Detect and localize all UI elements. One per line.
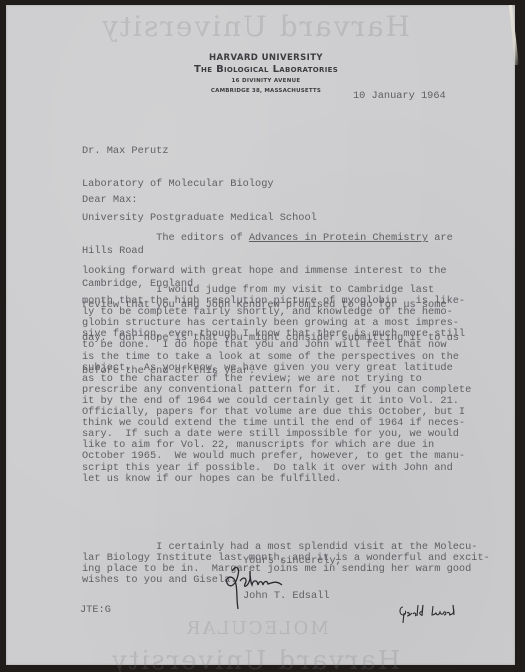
handwritten-signature: John: [222, 563, 288, 611]
journal-title: Advances in Protein Chemistry: [249, 232, 428, 244]
handwritten-note: Gerald Lucal: [397, 603, 465, 625]
typist-initials: JTE:G: [80, 605, 111, 616]
paragraph-line: looking forward with great hope and imme…: [82, 266, 459, 277]
address-line: Laboratory of Molecular Biology: [82, 179, 317, 190]
letterhead-department: The Biological Laboratories: [160, 64, 372, 76]
letterhead-city: CAMBRIDGE 38, MASSACHUSETTS: [160, 86, 372, 96]
address-line: Dr. Max Perutz: [82, 146, 317, 157]
paragraph-line: October 1965. We would much prefer, howe…: [82, 451, 471, 462]
bleed-through-text-bottom: MOLECULAR: [185, 618, 329, 639]
paragraph-2: I would judge from my visit to Cambridge…: [82, 285, 471, 485]
signer-name: John T. Edsall: [243, 591, 330, 602]
paragraph-line: let us know if our hopes can be fulfille…: [82, 474, 471, 485]
paragraph-line: script this year if possible. Do talk it…: [82, 463, 471, 474]
letterhead: HARVARD UNIVERSITY The Biological Labora…: [160, 52, 372, 96]
paragraph-line: The editors of Advances in Protein Chemi…: [82, 233, 459, 244]
paragraph-line: is the time to take a look at some of th…: [82, 352, 471, 363]
salutation: Dear Max:: [82, 195, 138, 206]
text-run: are: [428, 232, 453, 244]
text-run: The editors of: [82, 232, 249, 244]
letter-date: 10 January 1964: [353, 91, 446, 102]
letterhead-institution: HARVARD UNIVERSITY: [160, 52, 372, 64]
letterhead-street: 16 DIVINITY AVENUE: [160, 76, 372, 86]
paragraph-line: to be done. I do hope that you and John …: [82, 340, 471, 351]
bleed-through-text-bottom-large: Harvard University: [110, 646, 400, 672]
bleed-through-text-top: Harvard University: [100, 10, 410, 43]
